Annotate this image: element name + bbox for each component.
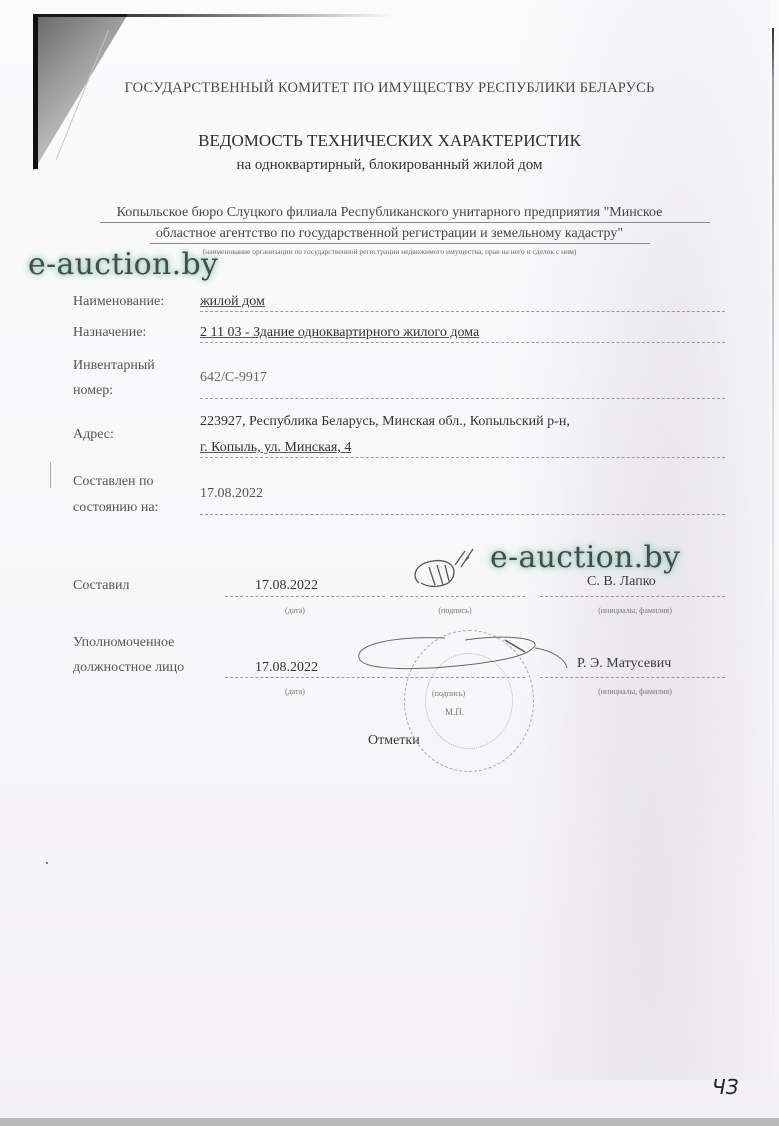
as-of-value: 17.08.2022 [200,482,263,506]
inventory-label-line-1: Инвентарный [73,353,155,379]
scan-right-edge [772,28,774,1068]
authorized-signature-rule [390,677,525,679]
inventory-value: 642/С-9917 [200,366,267,390]
authorized-label-line-2: должностное лицо [73,655,184,681]
as-of-label-line-2: состоянию на: [73,495,158,521]
as-of-rule [200,514,725,516]
page-bottom-border [0,1118,779,1126]
compiled-date: 17.08.2022 [255,574,318,598]
handwritten-page-mark: ЧЗ [712,1075,739,1099]
authorized-name-rule [540,677,725,679]
organization-line-1: Копыльское бюро Слуцкого филиала Республ… [0,205,779,221]
compiled-name-caption: (инициалы, фамилия) [570,606,700,615]
stamp-caption: М.П. [445,707,464,717]
inventory-rule [200,398,725,400]
organization-line-2: областное агентство по государственной р… [0,226,779,242]
committee-name: ГОСУДАРСТВЕННЫЙ КОМИТЕТ ПО ИМУЩЕСТВУ РЕС… [0,80,779,97]
address-rule [200,457,725,459]
scan-speck [46,862,48,864]
address-line-1: 223927, Республика Беларусь, Минская обл… [200,410,570,434]
margin-mark [50,462,51,488]
organization-underline-2 [150,243,650,244]
name-label: Наименование: [73,289,164,315]
compiled-label: Составил [73,573,130,599]
watermark: e-auction.by [28,247,218,282]
compiled-date-rule [225,596,385,598]
as-of-label-line-1: Составлен по [73,469,154,495]
purpose-label: Назначение: [73,320,146,346]
authorized-date-caption: (дата) [265,687,325,696]
compiled-name-rule [540,596,725,598]
marks-heading: Отметки [368,733,420,749]
document-subtitle: на одноквартирный, блокированный жилой д… [0,157,779,174]
watermark: e-auction.by [490,540,680,575]
authorized-label-line-1: Уполномоченное [73,630,174,656]
compiled-name: С. В. Лапко [587,574,656,590]
name-rule [200,311,725,313]
document-title: ВЕДОМОСТЬ ТЕХНИЧЕСКИХ ХАРАКТЕРИСТИК [0,131,779,151]
compiled-signature-caption: (подпись) [420,606,490,615]
authorized-signature-caption: (подпись) [432,689,465,698]
authorized-name-caption: (инициалы, фамилия) [570,687,700,696]
address-label: Адрес: [73,422,114,448]
signature-matusevich [355,630,570,680]
compiled-date-caption: (дата) [265,606,325,615]
inventory-label-line-2: номер: [73,378,113,404]
signature-lapko [405,545,480,600]
purpose-rule [200,342,725,344]
compiled-signature-rule [390,596,525,598]
organization-underline-1 [100,222,710,223]
authorized-name: Р. Э. Матусевич [577,656,671,672]
